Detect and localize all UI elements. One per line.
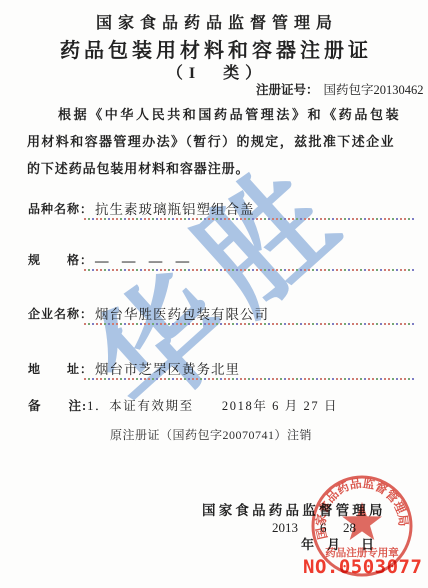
field-row-variety: 品种名称： 抗生素玻璃瓶铝塑组合盖 bbox=[0, 194, 428, 220]
remark-cancellation-note: 原注册证（国药包字20070741）注销 bbox=[110, 426, 312, 443]
remark-value: 1．本证有效期至 2018年 6 月 27 日 bbox=[87, 399, 338, 413]
issue-date-year: 2013 bbox=[272, 520, 298, 536]
certificate-title: 药品包装用材料和容器注册证 bbox=[0, 34, 428, 63]
seal-star-icon bbox=[342, 502, 382, 540]
approval-paragraph: 根据《中华人民共和国药品管理法》和《药品包装 用材料和容器管理办法》（暂行）的规… bbox=[27, 101, 403, 182]
address-label: 地 址： bbox=[28, 360, 93, 377]
field-underline bbox=[84, 378, 416, 380]
variety-label: 品种名称： bbox=[28, 200, 93, 217]
certificate-page: 华 胜 国家食品药品监督管理局 药品包装用材料和容器注册证 （I 类） 注册证号… bbox=[0, 0, 428, 588]
field-row-address: 地 址： 烟台市芝罘区黄务北里 bbox=[0, 354, 428, 380]
registration-number-line: 注册证号：国药包字20130462 bbox=[256, 80, 424, 98]
paragraph-line-3: 的下述药品包装用材料和容器注册。 bbox=[27, 155, 403, 182]
address-value: 烟台市芝罘区黄务北里 bbox=[95, 358, 240, 378]
official-seal: 国家食品药品监督管理局 药品注册专用章 bbox=[302, 466, 422, 588]
company-label: 企业名称： bbox=[28, 305, 93, 322]
registration-number-label: 注册证号： bbox=[256, 83, 319, 97]
spec-value: — — — — bbox=[95, 253, 194, 269]
field-row-spec: 规 格： — — — — bbox=[0, 245, 428, 271]
paragraph-line-1: 根据《中华人民共和国药品管理法》和《药品包装 bbox=[27, 101, 403, 128]
field-underline bbox=[84, 269, 416, 271]
field-row-company: 企业名称： 烟台华胜医药包装有限公司 bbox=[0, 299, 428, 325]
registration-number-value: 国药包字20130462 bbox=[324, 83, 424, 97]
variety-value: 抗生素玻璃瓶铝塑组合盖 bbox=[95, 198, 255, 218]
spec-label: 规 格： bbox=[28, 251, 93, 268]
seal-bottom-text: 药品注册专用章 bbox=[325, 546, 399, 559]
remark-row: 备 注:1．本证有效期至 2018年 6 月 27 日 bbox=[28, 396, 338, 414]
seal-graphic: 国家食品药品监督管理局 药品注册专用章 bbox=[302, 466, 422, 586]
field-underline bbox=[84, 323, 416, 325]
company-value: 烟台华胜医药包装有限公司 bbox=[95, 303, 269, 323]
paragraph-line-2: 用材料和容器管理办法》（暂行）的规定，兹批准下述企业 bbox=[27, 128, 403, 155]
issuing-authority-title: 国家食品药品监督管理局 bbox=[0, 10, 428, 33]
field-underline bbox=[84, 218, 416, 220]
remark-label: 备 注: bbox=[28, 399, 87, 413]
